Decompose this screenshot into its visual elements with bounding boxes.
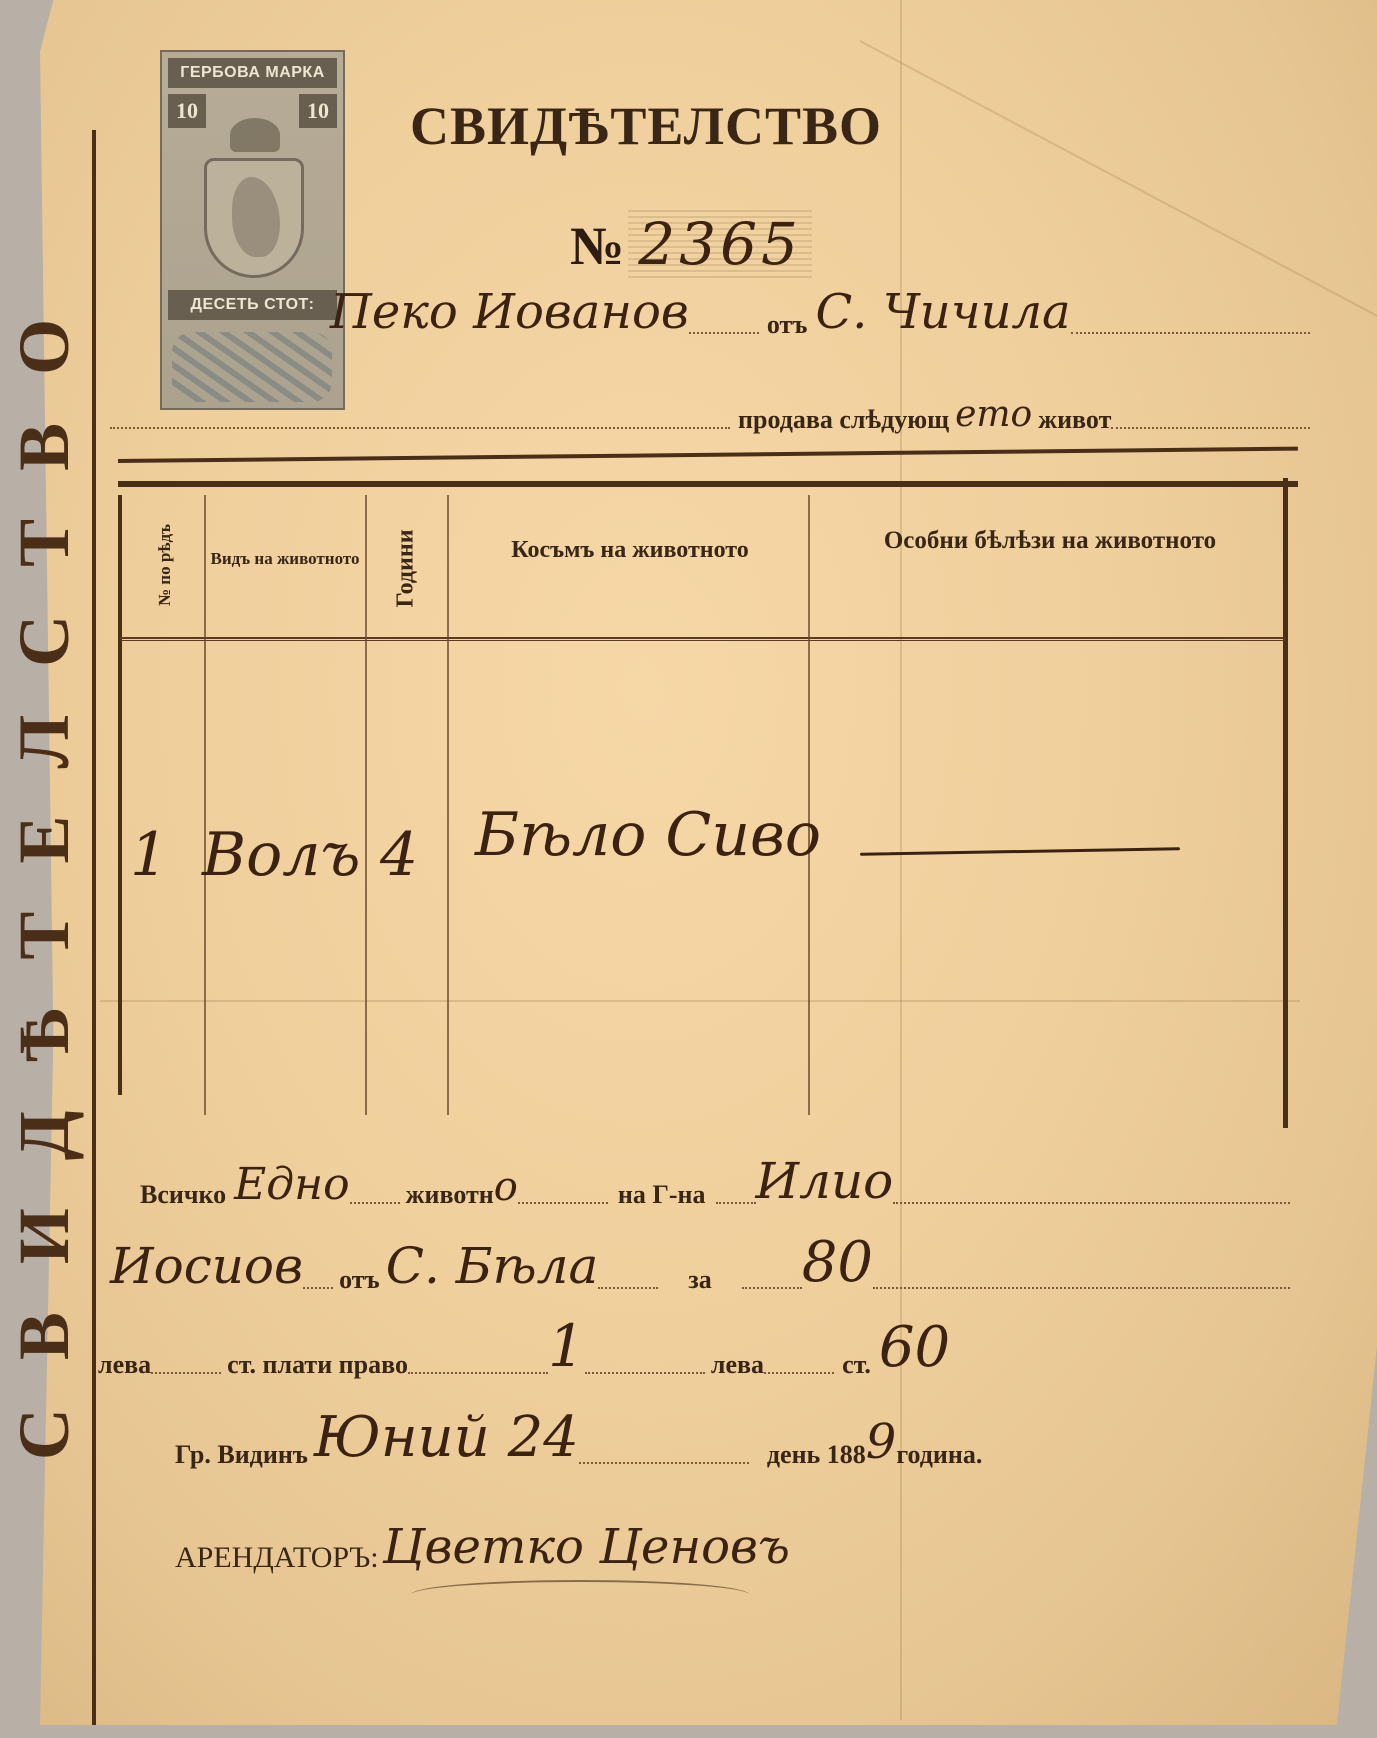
crown-icon xyxy=(230,118,280,152)
cell-animal-kind: Волъ xyxy=(202,820,360,890)
stamp-value-right: 10 xyxy=(299,94,337,128)
dotted-fill xyxy=(579,1462,749,1464)
day-label: день 188 xyxy=(767,1440,866,1470)
dotted-fill xyxy=(742,1287,802,1289)
fee-leva-value: 1 xyxy=(548,1312,585,1380)
dotted-fill xyxy=(873,1287,1290,1289)
animals-suffix: о xyxy=(494,1164,518,1210)
fee-line: лева ст. плати право 1 лева ст. 60 xyxy=(98,1320,1248,1380)
date-handwritten: Юний 24 xyxy=(314,1405,579,1470)
fee-st-value: 60 xyxy=(879,1315,950,1380)
dotted-fill xyxy=(518,1202,608,1204)
buyer-village: С. Бѣла xyxy=(386,1237,599,1295)
year-label: година. xyxy=(896,1440,982,1470)
city-label: Гр. Видинъ xyxy=(175,1440,308,1470)
header-animal-kind: Видъ на животното xyxy=(210,535,360,583)
header-row-number: № по рѣдъ xyxy=(155,510,175,620)
stamp-bottom-label: ДЕСЕТЬ СТОТ: xyxy=(168,290,337,320)
year-digit: 9 xyxy=(866,1414,897,1470)
leva-label: лева xyxy=(98,1350,151,1380)
total-label: Всичко xyxy=(140,1180,226,1210)
side-banner: СВИДѢТЕЛСТВО xyxy=(0,150,90,1580)
to-label: на Г-на xyxy=(618,1180,706,1210)
table-header-rule xyxy=(120,637,1285,641)
dotted-fill xyxy=(303,1287,333,1289)
dotted-fill xyxy=(110,427,730,429)
dotted-fill xyxy=(1111,427,1310,429)
side-banner-text: СВИДѢТЕЛСТВО xyxy=(4,270,87,1459)
for-label: за xyxy=(688,1265,711,1295)
dotted-fill xyxy=(350,1202,400,1204)
buyer-line: Иосиов отъ С. Бѣла за 80 xyxy=(110,1235,1290,1295)
lessee-signature: Цветко Ценовъ xyxy=(383,1519,790,1575)
seller-village: С. Чичила xyxy=(815,284,1070,340)
total-line: Всичко Едно животн о на Г-на Илио xyxy=(140,1160,1290,1210)
dotted-fill xyxy=(716,1202,756,1204)
document-title: СВИДѢТЕЛСТВО xyxy=(410,95,882,157)
dotted-fill xyxy=(585,1372,705,1374)
lessee-label: АРЕНДАТОРЪ: xyxy=(175,1541,379,1575)
sells-handwritten: ето xyxy=(955,394,1032,435)
buyer-first-name: Илио xyxy=(756,1152,894,1210)
revenue-stamp: ГЕРБОВА МАРКА 10 10 ДЕСЕТЬ СТОТ: xyxy=(160,50,345,410)
leva-label-2: лева xyxy=(711,1350,764,1380)
dotted-fill xyxy=(764,1372,834,1374)
seller-line: Пеко Иованов отъ С. Чичила xyxy=(330,280,1310,340)
table-row: 1 Волъ 4 Бѣло Сиво xyxy=(130,780,1180,940)
cell-years: 4 xyxy=(380,820,418,890)
stamp-value-left: 10 xyxy=(168,94,206,128)
dotted-fill xyxy=(689,332,759,334)
buyer-last-name: Иосиов xyxy=(110,1237,303,1295)
cell-row-number: 1 xyxy=(130,820,168,890)
animals-label: животн xyxy=(406,1180,494,1210)
total-count: Едно xyxy=(234,1159,349,1210)
fold-crease xyxy=(100,1000,1300,1002)
dotted-fill xyxy=(408,1372,548,1374)
side-rule xyxy=(92,130,96,1725)
from-label: отъ xyxy=(767,310,808,340)
dotted-fill xyxy=(151,1372,221,1374)
header-special-marks: Особни бѣлѣзи на животното xyxy=(860,522,1240,560)
cell-strike-line xyxy=(860,847,1180,856)
buyer-from-label: отъ xyxy=(339,1265,380,1295)
signature-flourish xyxy=(410,1580,750,1610)
number-value: 2365 xyxy=(628,210,812,278)
stamp-top-label: ГЕРБОВА МАРКА xyxy=(168,58,337,88)
dotted-fill xyxy=(598,1287,658,1289)
header-years: Години xyxy=(393,509,420,629)
paid-duty-label: ст. плати право xyxy=(227,1350,408,1380)
seller-name: Пеко Иованов xyxy=(330,284,689,340)
certificate-number: № 2365 xyxy=(570,210,812,278)
dotted-fill xyxy=(1071,332,1310,334)
header-hair-color: Косъмъ на животното xyxy=(500,530,760,570)
table-border-left xyxy=(118,495,122,1095)
sells-suffix: живот xyxy=(1038,405,1111,435)
table-rule-top xyxy=(118,481,1298,487)
dotted-fill xyxy=(893,1202,1290,1204)
date-line: Гр. Видинъ Юний 24 день 188 9 година. xyxy=(175,1400,1225,1470)
sells-label: продава слѣдующ xyxy=(738,405,949,435)
table-border-right xyxy=(1283,478,1288,1128)
sale-amount: 80 xyxy=(802,1230,873,1295)
lessee-line: АРЕНДАТОРЪ: Цветко Ценовъ xyxy=(175,1505,975,1575)
cell-hair-color: Бѣло Сиво xyxy=(475,800,821,870)
st-label-2: ст. xyxy=(842,1350,871,1380)
sells-line: продава слѣдующ ето живот xyxy=(110,385,1310,435)
number-sign: № xyxy=(570,215,624,277)
